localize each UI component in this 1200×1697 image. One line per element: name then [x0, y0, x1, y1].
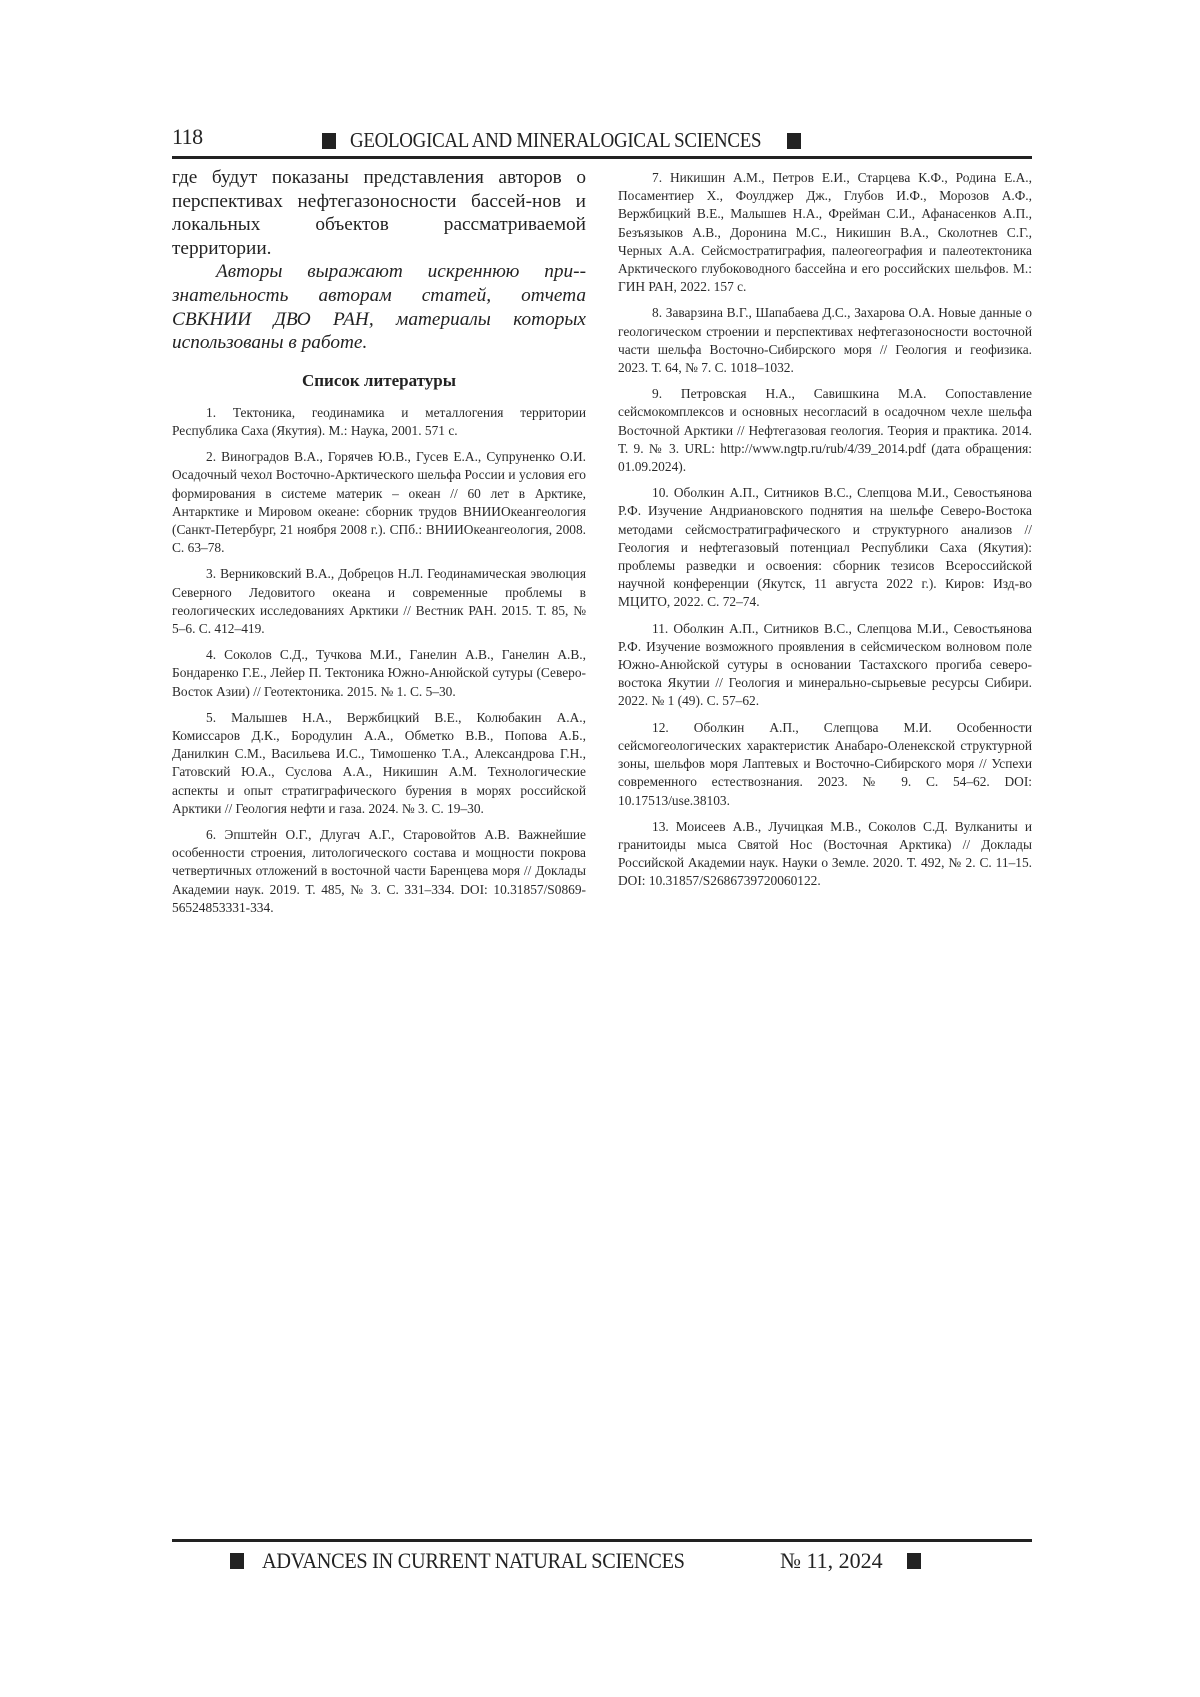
section-title: GEOLOGICAL AND MINERALOGICAL SCIENCES — [350, 128, 761, 153]
reference-item: 9. Петровская Н.А., Савишкина М.А. Сопос… — [618, 385, 1032, 476]
reference-item: 8. Заварзина В.Г., Шапабаева Д.С., Захар… — [618, 304, 1032, 377]
header-divider — [172, 156, 1032, 159]
footer-divider — [172, 1539, 1032, 1542]
page-footer: ADVANCES IN CURRENT NATURAL SCIENCES № 1… — [230, 1548, 921, 1574]
left-column: где будут показаны представления авторов… — [172, 166, 586, 925]
reference-item: 5. Малышев Н.А., Вержбицкий В.Е., Колюба… — [172, 709, 586, 818]
acknowledgement-paragraph: Авторы выражают искреннюю при-­знательно… — [172, 260, 586, 354]
reference-item: 11. Оболкин А.П., Ситников В.С., Слепцов… — [618, 620, 1032, 711]
reference-item: 12. Оболкин А.П., Слепцова М.И. Особенно… — [618, 719, 1032, 810]
black-square-icon — [322, 133, 336, 149]
reference-item: 4. Соколов С.Д., Тучкова М.И., Ганелин А… — [172, 646, 586, 701]
reference-item: 3. Верниковский В.А., Добрецов Н.Л. Геод… — [172, 565, 586, 638]
reference-item: 1. Тектоника, геодинамика и металлогения… — [172, 404, 586, 440]
journal-title: ADVANCES IN CURRENT NATURAL SCIENCES — [262, 1548, 740, 1574]
page-header: 118 GEOLOGICAL AND MINERALOGICAL SCIENCE… — [172, 118, 1032, 158]
reference-item: 10. Оболкин А.П., Ситников В.С., Слепцов… — [618, 484, 1032, 611]
references-heading: Список литературы — [172, 371, 586, 391]
reference-item: 2. Виноградов В.А., Горячев Ю.В., Гусев … — [172, 448, 586, 557]
black-square-icon — [907, 1553, 921, 1569]
reference-item: 13. Моисеев А.В., Лучицкая М.В., Соколов… — [618, 818, 1032, 891]
issue-number: № 11, 2024 — [780, 1548, 883, 1574]
running-head: GEOLOGICAL AND MINERALOGICAL SCIENCES — [322, 128, 922, 153]
body-paragraph: где будут показаны представления авторов… — [172, 166, 586, 260]
black-square-icon — [230, 1553, 244, 1569]
right-column: 7. Никишин А.М., Петров Е.И., Старцева К… — [618, 169, 1032, 899]
reference-item: 7. Никишин А.М., Петров Е.И., Старцева К… — [618, 169, 1032, 296]
black-square-icon — [787, 133, 801, 149]
reference-item: 6. Эпштейн О.Г., Длугач А.Г., Старовойто… — [172, 826, 586, 917]
page-number: 118 — [172, 124, 203, 150]
